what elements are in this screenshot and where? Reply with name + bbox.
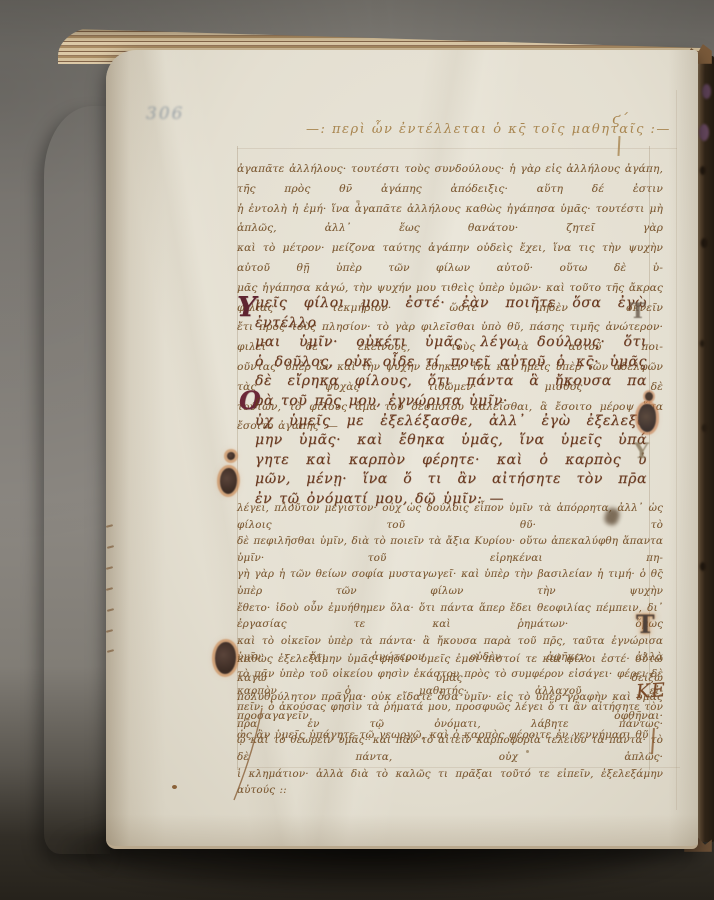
pricking-mark [107, 649, 114, 653]
ink-speck [526, 750, 529, 753]
ink-blot-icon: Τ [636, 610, 655, 639]
gospel-line: γητε καὶ καρπὸν φέρητε· καὶ ὁ καρπὸς ὑ [255, 451, 647, 471]
commentary-line: ὡς ἂν ὑμεῖς ὑπάγητε τῷ γεωργῷ, καὶ ὁ καρ… [237, 726, 663, 745]
commentary-line: ἔθετο· ἰδοὺ οὖν ἐμυήθημεν ὅλα· ὅτι πάντα… [237, 600, 663, 633]
gospel-line: μην ὑμᾶς· καὶ ἔθηκα ὑμᾶς, ἵνα ὑμεῖς ὑπά [255, 431, 647, 451]
gospel-line: ὐχ ὑμεῖς με ἐξελέξασθε, ἀλλ᾽ ἐγὼ ἐξελεξά [255, 412, 647, 432]
gospel-line: δὲ εἴρηκα φίλους, ὅτι πάντα ἃ ἤκουσα πα [255, 372, 647, 392]
pricking-mark [106, 629, 113, 633]
commentary-line: ἱ κλημάτιον· ἀλλὰ διὰ τὸ καλῶς τι πρᾶξαι… [237, 766, 663, 799]
margin-obelus-icon: Υ [634, 438, 649, 463]
commentary-line: λέγει, πλοῦτον μέγιστον· οὐχ ὡς δούλοις … [237, 500, 663, 533]
wax-stain-blob [638, 404, 656, 432]
gospel-line: μῶν, μένῃ· ἵνα ὅ τι ἂν αἰτήσητε τὸν πρ̄α [255, 470, 647, 490]
gospel-line: ὁ δοῦλος, οὐκ οἶδε τί ποιεῖ αὐτοῦ ὁ κς̄·… [255, 353, 647, 373]
pricking-mark [107, 545, 114, 549]
commentary-line: καὶ τὸ μέτρον· μείζονα ταύτης ἀγάπην οὐδ… [237, 239, 663, 279]
pricking-mark [106, 566, 113, 570]
left-page-edges [44, 106, 110, 854]
commentary-line: καθὼς ἐξελεξάμην ὑμᾶς φησίν· ὑμεῖς ἐμοὶ … [237, 650, 663, 688]
edge-knot [702, 424, 708, 432]
paragraph-ornament [215, 642, 236, 674]
quire-mark-tail [617, 136, 620, 156]
edge-knot [700, 166, 706, 175]
gospel-line: ρὰ τοῦ πρ̄ς μου, ἐγνώρισα ὑμῖν· [255, 392, 647, 412]
ruling-line-top [237, 148, 677, 149]
ruling-line-margin [676, 90, 677, 810]
commentary-line: δὲ πεφιλῆσθαι ὑμῖν, διὰ τὸ ποιεῖν τὰ ἄξι… [237, 533, 663, 566]
gospel-text-block: μεῖς φίλοι μου ἐστέ· ἐὰν ποιῆτε ὅσα ἐγὼ … [255, 294, 647, 510]
ink-speck [172, 785, 177, 789]
margin-obelus-icon: Τ [630, 298, 646, 323]
paragraph-ornament-dot [227, 452, 235, 460]
edge-stain-purple [702, 84, 711, 99]
commentary-line: πολυθρύλητον πρᾶγμα· οὐκ εἴδατε ὅσα ὑμῖν… [237, 688, 663, 726]
commentary-line: ἀγαπᾶτε ἀλλήλους· τουτέστι τοὺς συνδούλο… [237, 160, 663, 200]
manuscript-page: 306 —: περὶ ὧν ἐντέλλεται ὁ κς̄ τοῖς μαθ… [106, 50, 698, 849]
pricking-mark [107, 608, 114, 612]
right-binding-edge [697, 56, 714, 842]
wax-stain-dot [645, 392, 653, 401]
commentary-line: γὴ γὰρ ἡ τῶν θείων σοφία μυσταγωγεῖ· καὶ… [237, 566, 663, 599]
page-header-title: —: περὶ ὧν ἐντέλλεται ὁ κς̄ τοῖς μαθηταῖ… [306, 122, 646, 137]
pricking-mark [106, 524, 113, 528]
gospel-line: μεῖς φίλοι μου ἐστέ· ἐὰν ποιῆτε ὅσα ἐγὼ … [255, 294, 647, 333]
chapter-mark: ΚΕ [635, 679, 667, 703]
commentary-line: ἡ ἐντολὴ ἡ ἐμή· ἵνα ἀγαπᾶτε ἀλλήλους καθ… [237, 200, 663, 240]
edge-knot [700, 562, 706, 571]
edge-knot [700, 340, 705, 347]
quire-mark: ϛ´ [612, 110, 628, 128]
pricking-mark [106, 587, 113, 591]
gospel-line: μαι ὑμῖν· οὐκέτι ὑμᾶς λέγω δούλους· ὅτι [255, 333, 647, 353]
commentary-block-lower: καθὼς ἐξελεξάμην ὑμᾶς φησίν· ὑμεῖς ἐμοὶ … [237, 650, 663, 745]
edge-knot [701, 238, 708, 248]
manuscript-photo: 306 —: περὶ ὧν ἐντέλλεται ὁ κς̄ τοῖς μαθ… [0, 0, 714, 900]
gospel-initial-upsilon: Υ [237, 292, 256, 323]
ink-speck [356, 200, 360, 203]
folio-number: 306 [146, 104, 184, 124]
paragraph-ornament [220, 468, 237, 494]
edge-stain-purple [699, 124, 709, 141]
